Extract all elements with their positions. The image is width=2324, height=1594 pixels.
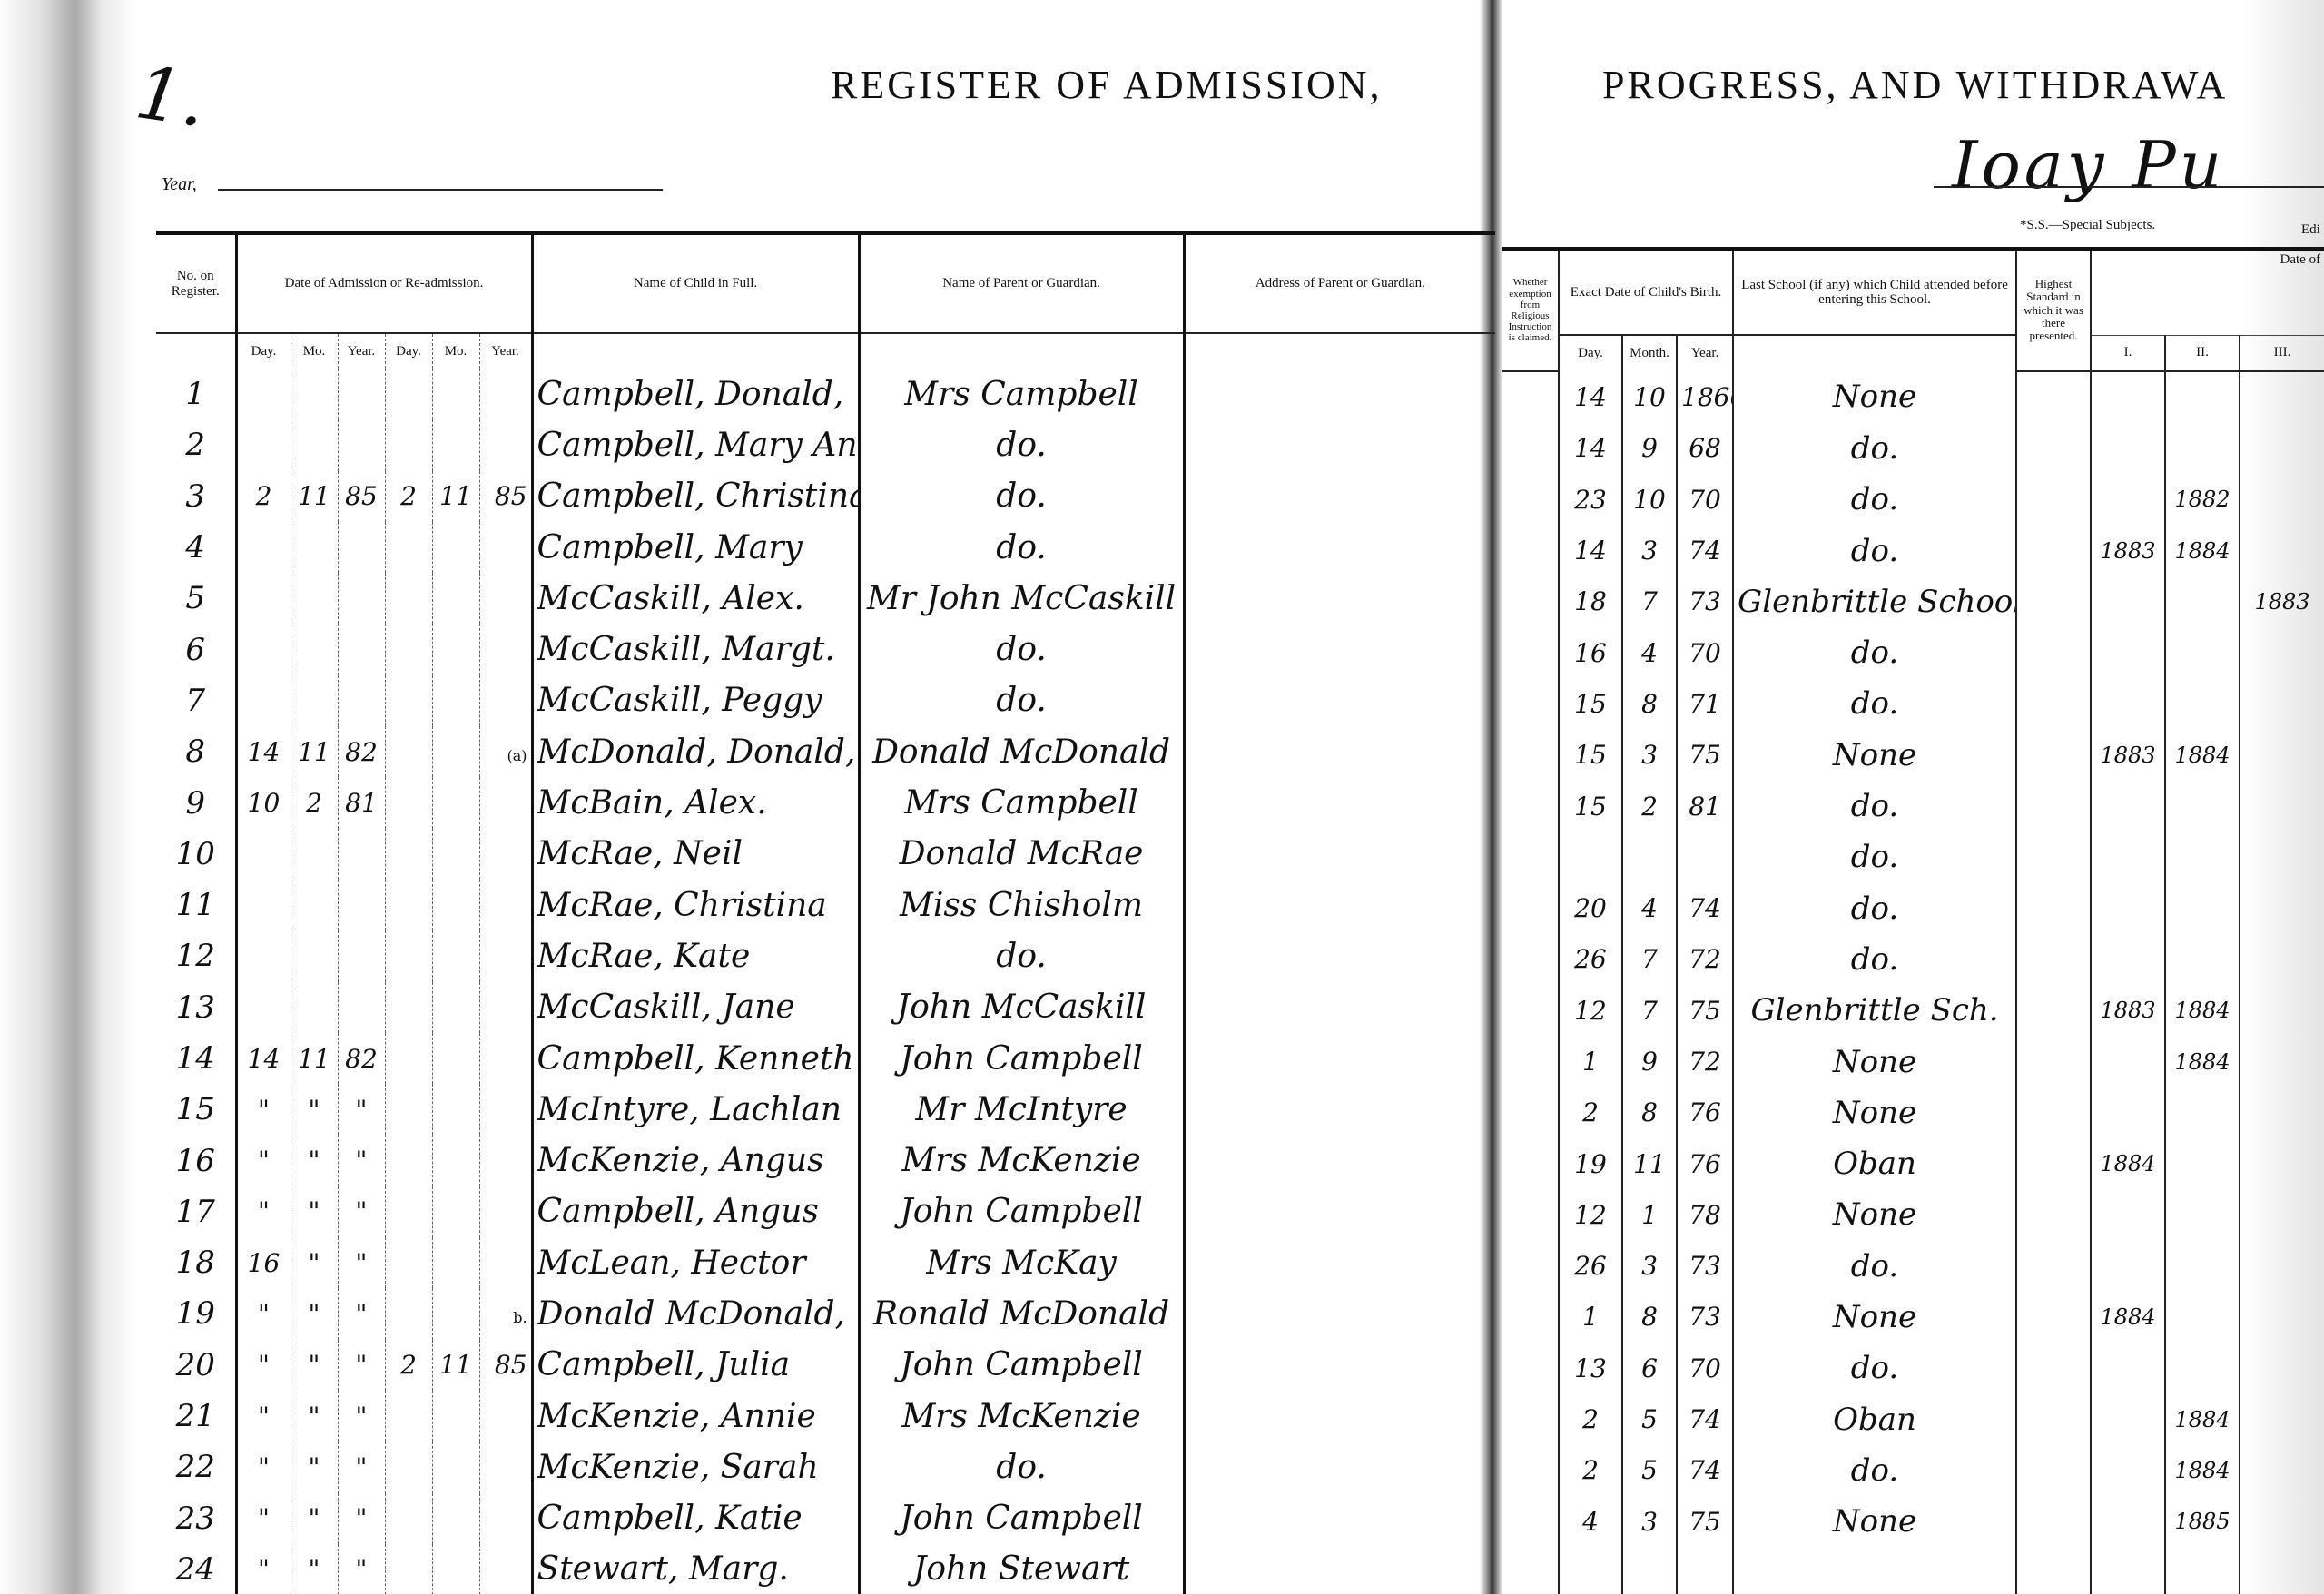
birth-month: 8 <box>1622 1087 1677 1138</box>
standard-ii-date: 1884 <box>2165 525 2240 576</box>
register-row: 20"""211 85Campbell, JuliaJohn Campbell <box>156 1340 1495 1391</box>
readmission-day <box>385 777 432 828</box>
admission-day <box>236 624 290 674</box>
exemption-cell <box>1502 1241 1559 1292</box>
highest-standard <box>2016 1393 2091 1444</box>
standard-iii-date <box>2240 934 2324 985</box>
standard-i-date <box>2091 934 2165 985</box>
register-number: 16 <box>156 1135 236 1186</box>
admission-year: " <box>338 1288 385 1339</box>
admission-day <box>236 930 290 981</box>
progress-row: 18773Glenbrittle School1883 <box>1502 576 2324 627</box>
admission-year: " <box>338 1186 385 1237</box>
header-readm-year: Year. <box>479 333 532 369</box>
register-number: 4 <box>156 522 236 573</box>
birth-day: 14 <box>1559 525 1622 576</box>
birth-year: 70 <box>1677 627 1733 678</box>
register-number: 24 <box>156 1544 236 1594</box>
parent-address <box>1184 624 1495 674</box>
admission-day: 16 <box>236 1237 290 1288</box>
readmission-day <box>385 930 432 981</box>
register-number: 22 <box>156 1441 236 1492</box>
parent-address <box>1184 1186 1495 1237</box>
admission-month: " <box>290 1186 338 1237</box>
register-number: 1 <box>156 369 236 419</box>
readmission-month <box>432 1391 479 1441</box>
register-number: 11 <box>156 880 236 930</box>
highest-standard <box>2016 371 2091 423</box>
admission-day <box>236 419 290 470</box>
register-row: 17""" Campbell, AngusJohn Campbell <box>156 1186 1495 1237</box>
child-name: Campbell, Mary Ann <box>532 419 859 470</box>
admission-year: " <box>338 1493 385 1544</box>
parent-name: Mrs McKay <box>859 1237 1184 1288</box>
register-row: 12 McRae, Katedo. <box>156 930 1495 981</box>
standard-ii-date <box>2165 423 2240 474</box>
admission-year <box>338 675 385 726</box>
admission-day: " <box>236 1186 290 1237</box>
standard-iii-date <box>2240 781 2324 831</box>
standard-iii-date <box>2240 1241 2324 1292</box>
header-address-of-parent: Address of Parent or Guardian. <box>1184 233 1495 333</box>
standard-i-date <box>2091 627 2165 678</box>
birth-year: 73 <box>1677 1241 1733 1292</box>
readmission-month <box>432 930 479 981</box>
standard-i-date <box>2091 1547 2165 1594</box>
admission-year <box>338 522 385 573</box>
readmission-day <box>385 419 432 470</box>
last-school: do. <box>1733 525 2016 576</box>
child-name: McCaskill, Margt. <box>532 624 859 674</box>
last-school: Glenbrittle Sch. <box>1733 985 2016 1036</box>
last-school: None <box>1733 1087 2016 1138</box>
exemption-cell <box>1502 831 1559 882</box>
register-number: 5 <box>156 573 236 624</box>
parent-name: do. <box>859 471 1184 522</box>
register-title-left: REGISTER OF ADMISSION, <box>831 62 1383 108</box>
progress-row: do. <box>1502 831 2324 882</box>
child-name: Campbell, Christina <box>532 471 859 522</box>
exemption-cell <box>1502 1445 1559 1496</box>
last-school: None <box>1733 1189 2016 1240</box>
admission-month <box>290 419 338 470</box>
admission-day: " <box>236 1493 290 1544</box>
admission-day: " <box>236 1340 290 1391</box>
register-number: 9 <box>156 777 236 828</box>
standard-i-date <box>2091 678 2165 729</box>
admission-day: " <box>236 1544 290 1594</box>
progress-row: 16470do. <box>1502 627 2324 678</box>
header-exact-birth: Exact Date of Child's Birth. <box>1559 249 1733 335</box>
standard-ii-date <box>2165 1292 2240 1343</box>
register-row: 6 McCaskill, Margt.do. <box>156 624 1495 674</box>
birth-year: 74 <box>1677 1393 1733 1444</box>
standard-ii-date <box>2165 1547 2240 1594</box>
progress-row: 14101866None <box>1502 371 2324 423</box>
standard-iii-date <box>2240 985 2324 1036</box>
standard-i-date <box>2091 1343 2165 1393</box>
birth-day: 2 <box>1559 1393 1622 1444</box>
highest-standard <box>2016 1241 2091 1292</box>
birth-month: 5 <box>1622 1445 1677 1496</box>
admission-month: " <box>290 1084 338 1135</box>
progress-row: 12178None <box>1502 1189 2324 1240</box>
header-standard-i: I. <box>2091 335 2165 371</box>
exemption-cell <box>1502 423 1559 474</box>
highest-standard <box>2016 423 2091 474</box>
register-row: 21""" McKenzie, AnnieMrs McKenzie <box>156 1391 1495 1441</box>
register-row: 11 McRae, ChristinaMiss Chisholm <box>156 880 1495 930</box>
readmission-day <box>385 1033 432 1084</box>
birth-year: 73 <box>1677 576 1733 627</box>
birth-year: 72 <box>1677 1036 1733 1087</box>
standard-ii-date <box>2165 371 2240 423</box>
standard-iii-date <box>2240 525 2324 576</box>
standard-ii-date: 1884 <box>2165 730 2240 781</box>
header-adm-month: Mo. <box>290 333 338 369</box>
standard-i-date <box>2091 882 2165 933</box>
highest-standard <box>2016 474 2091 525</box>
birth-day: 19 <box>1559 1138 1622 1189</box>
parent-address <box>1184 880 1495 930</box>
admission-month: " <box>290 1441 338 1492</box>
school-name: Ioay Pu <box>1952 127 2225 203</box>
header-adm-day: Day. <box>236 333 290 369</box>
birth-year: 70 <box>1677 474 1733 525</box>
birth-year: 75 <box>1677 730 1733 781</box>
admission-day <box>236 573 290 624</box>
birth-day: 18 <box>1559 576 1622 627</box>
birth-day: 2 <box>1559 1445 1622 1496</box>
highest-standard <box>2016 1036 2091 1087</box>
birth-month <box>1622 1547 1677 1594</box>
readmission-day <box>385 1135 432 1186</box>
exemption-cell <box>1502 1087 1559 1138</box>
standard-ii-date: 1884 <box>2165 1445 2240 1496</box>
admission-month <box>290 624 338 674</box>
standard-iii-date <box>2240 1496 2324 1547</box>
register-row: 14141182 Campbell, KennethJohn Campbell <box>156 1033 1495 1084</box>
progress-row <box>1502 1547 2324 1594</box>
progress-row: 12775Glenbrittle Sch.18831884 <box>1502 985 2324 1036</box>
admission-year: 82 <box>338 1033 385 1084</box>
book-spine-left <box>0 0 136 1594</box>
readmission-month <box>432 573 479 624</box>
register-row: 7 McCaskill, Peggydo. <box>156 675 1495 726</box>
parent-name: John McCaskill <box>859 982 1184 1033</box>
standard-iii-date <box>2240 1547 2324 1594</box>
birth-day: 26 <box>1559 934 1622 985</box>
admission-month <box>290 573 338 624</box>
admission-year <box>338 829 385 880</box>
admission-month: " <box>290 1340 338 1391</box>
admission-month: " <box>290 1493 338 1544</box>
readmission-day <box>385 1288 432 1339</box>
admission-month: 11 <box>290 1033 338 1084</box>
standard-iii-date <box>2240 1343 2324 1393</box>
birth-day: 1 <box>1559 1292 1622 1343</box>
highest-standard <box>2016 1343 2091 1393</box>
birth-year: 78 <box>1677 1189 1733 1240</box>
highest-standard <box>2016 1292 2091 1343</box>
highest-standard <box>2016 882 2091 933</box>
standard-ii-date <box>2165 576 2240 627</box>
header-highest-standard: Highest Standard in which it was there p… <box>2016 249 2091 371</box>
register-number: 8 <box>156 726 236 777</box>
admission-year: 82 <box>338 726 385 777</box>
standard-iii-date <box>2240 1445 2324 1496</box>
register-row: 19"""b. Donald McDonald,Ronald McDonald <box>156 1288 1495 1339</box>
last-school: do. <box>1733 678 2016 729</box>
progress-row: 191176Oban1884 <box>1502 1138 2324 1189</box>
register-row: 321185211 85Campbell, Christinado. <box>156 471 1495 522</box>
register-row: 22""" McKenzie, Sarahdo. <box>156 1441 1495 1492</box>
parent-name: do. <box>859 1441 1184 1492</box>
standard-ii-date: 1884 <box>2165 1393 2240 1444</box>
child-name: Campbell, Kenneth <box>532 1033 859 1084</box>
highest-standard <box>2016 1547 2091 1594</box>
standard-i-date <box>2091 1496 2165 1547</box>
parent-address <box>1184 829 1495 880</box>
parent-address <box>1184 1493 1495 1544</box>
parent-name: do. <box>859 675 1184 726</box>
child-name: McCaskill, Jane <box>532 982 859 1033</box>
admission-day: " <box>236 1084 290 1135</box>
birth-day: 1 <box>1559 1036 1622 1087</box>
exemption-cell <box>1502 1036 1559 1087</box>
readmission-month <box>432 982 479 1033</box>
child-name: McBain, Alex. <box>532 777 859 828</box>
standard-iii-date <box>2240 1087 2324 1138</box>
parent-name: Ronald McDonald <box>859 1288 1184 1339</box>
header-standard-ii: II. <box>2165 335 2240 371</box>
header-adm-year: Year. <box>338 333 385 369</box>
progress-row: 26772do. <box>1502 934 2324 985</box>
readmission-month <box>432 624 479 674</box>
parent-address <box>1184 777 1495 828</box>
progress-table: Whether exemption from Religious Instruc… <box>1502 247 2324 1594</box>
progress-row: 15375None18831884 <box>1502 730 2324 781</box>
standard-i-date <box>2091 1445 2165 1496</box>
readmission-day <box>385 1237 432 1288</box>
register-number: 2 <box>156 419 236 470</box>
birth-year: 74 <box>1677 525 1733 576</box>
special-subjects-note: *S.S.—Special Subjects. <box>2020 218 2155 233</box>
parent-address <box>1184 1135 1495 1186</box>
parent-name: Miss Chisholm <box>859 880 1184 930</box>
birth-day: 15 <box>1559 781 1622 831</box>
register-number: 12 <box>156 930 236 981</box>
standard-iii-date <box>2240 423 2324 474</box>
standard-iii-date <box>2240 1393 2324 1444</box>
standard-ii-date <box>2165 781 2240 831</box>
parent-address <box>1184 675 1495 726</box>
readmission-month <box>432 1186 479 1237</box>
parent-name: John Campbell <box>859 1033 1184 1084</box>
readmission-day <box>385 1084 432 1135</box>
standard-iii-date <box>2240 1189 2324 1240</box>
standard-i-date: 1883 <box>2091 730 2165 781</box>
progress-row: 1873None1884 <box>1502 1292 2324 1343</box>
exemption-cell <box>1502 678 1559 729</box>
year-line <box>218 189 663 191</box>
last-school: Oban <box>1733 1138 2016 1189</box>
register-row: 1 Campbell, Donald,Mrs Campbell <box>156 369 1495 419</box>
exemption-cell <box>1502 934 1559 985</box>
birth-year: 70 <box>1677 1343 1733 1393</box>
parent-name: Donald McDonald <box>859 726 1184 777</box>
standard-ii-date <box>2165 1241 2240 1292</box>
parent-address <box>1184 1237 1495 1288</box>
birth-month: 2 <box>1622 781 1677 831</box>
standard-i-date <box>2091 1087 2165 1138</box>
exemption-cell <box>1502 730 1559 781</box>
progress-row: 231070do.1882 <box>1502 474 2324 525</box>
admission-month <box>290 982 338 1033</box>
birth-month: 3 <box>1622 1496 1677 1547</box>
standard-i-date <box>2091 576 2165 627</box>
readmission-month <box>432 1237 479 1288</box>
readmission-day <box>385 1493 432 1544</box>
readmission-day <box>385 1544 432 1594</box>
admission-year <box>338 624 385 674</box>
last-school: do. <box>1733 882 2016 933</box>
child-name: Campbell, Julia <box>532 1340 859 1391</box>
readmission-month: 11 <box>432 1340 479 1391</box>
register-row: 16""" McKenzie, AngusMrs McKenzie <box>156 1135 1495 1186</box>
register-title-right: PROGRESS, AND WITHDRAWA <box>1602 62 2228 108</box>
header-name-of-child: Name of Child in Full. <box>532 233 859 333</box>
birth-day: 15 <box>1559 678 1622 729</box>
readmission-day <box>385 982 432 1033</box>
standard-iii-date <box>2240 882 2324 933</box>
parent-name: Mrs McKenzie <box>859 1135 1184 1186</box>
admission-table: No. on Register. Date of Admission or Re… <box>156 231 1495 1594</box>
readmission-day: 2 <box>385 1340 432 1391</box>
last-school: do. <box>1733 1241 2016 1292</box>
birth-month: 3 <box>1622 525 1677 576</box>
admission-day: 14 <box>236 1033 290 1084</box>
birth-day: 13 <box>1559 1343 1622 1393</box>
birth-day: 16 <box>1559 627 1622 678</box>
register-number: 3 <box>156 471 236 522</box>
register-row: 15""" McIntyre, LachlanMr McIntyre <box>156 1084 1495 1135</box>
header-standard-iii: III. <box>2240 335 2324 371</box>
readmission-day <box>385 369 432 419</box>
birth-year: 74 <box>1677 882 1733 933</box>
birth-month: 4 <box>1622 627 1677 678</box>
header-name-of-parent: Name of Parent or Guardian. <box>859 233 1184 333</box>
last-school: do. <box>1733 1343 2016 1393</box>
birth-year <box>1677 831 1733 882</box>
highest-standard <box>2016 985 2091 1036</box>
readmission-month <box>432 1441 479 1492</box>
parent-address <box>1184 1441 1495 1492</box>
standard-ii-date: 1884 <box>2165 1036 2240 1087</box>
birth-day: 23 <box>1559 474 1622 525</box>
exemption-cell <box>1502 371 1559 423</box>
last-school: None <box>1733 1036 2016 1087</box>
birth-year: 1866 <box>1677 371 1733 423</box>
readmission-day <box>385 1186 432 1237</box>
admission-day <box>236 369 290 419</box>
parent-address <box>1184 726 1495 777</box>
standard-iii-date: 1883 <box>2240 576 2324 627</box>
register-number: 14 <box>156 1033 236 1084</box>
readmission-day <box>385 880 432 930</box>
standard-ii-date <box>2165 1189 2240 1240</box>
highest-standard <box>2016 525 2091 576</box>
birth-year: 81 <box>1677 781 1733 831</box>
register-row: 1816"" McLean, HectorMrs McKay <box>156 1237 1495 1288</box>
register-row: 10 McRae, NeilDonald McRae <box>156 829 1495 880</box>
standard-ii-date <box>2165 1343 2240 1393</box>
last-school: None <box>1733 1496 2016 1547</box>
standard-iii-date <box>2240 371 2324 423</box>
highest-standard <box>2016 1087 2091 1138</box>
parent-address <box>1184 1033 1495 1084</box>
register-row: 4 Campbell, Marydo. <box>156 522 1495 573</box>
header-birth-day: Day. <box>1559 335 1622 371</box>
entry-marker: b. <box>513 1309 527 1326</box>
readmission-month <box>432 419 479 470</box>
child-name: McRae, Kate <box>532 930 859 981</box>
parent-address <box>1184 1084 1495 1135</box>
birth-day: 26 <box>1559 1241 1622 1292</box>
readmission-month <box>432 675 479 726</box>
birth-day: 14 <box>1559 423 1622 474</box>
parent-name: do. <box>859 522 1184 573</box>
birth-year: 73 <box>1677 1292 1733 1343</box>
standard-ii-date <box>2165 882 2240 933</box>
parent-address <box>1184 573 1495 624</box>
header-date-of: Date of <box>2091 249 2324 335</box>
admission-year: " <box>338 1135 385 1186</box>
admission-month <box>290 522 338 573</box>
child-name: McKenzie, Sarah <box>532 1441 859 1492</box>
birth-month: 6 <box>1622 1343 1677 1393</box>
register-number: 21 <box>156 1391 236 1441</box>
standard-i-date <box>2091 781 2165 831</box>
child-name: McLean, Hector <box>532 1237 859 1288</box>
admission-month <box>290 880 338 930</box>
birth-month: 9 <box>1622 1036 1677 1087</box>
standard-iii-date <box>2240 474 2324 525</box>
child-name: Campbell, Angus <box>532 1186 859 1237</box>
exemption-cell <box>1502 1343 1559 1393</box>
admission-month <box>290 675 338 726</box>
standard-i-date <box>2091 1189 2165 1240</box>
exemption-cell <box>1502 474 1559 525</box>
birth-month: 10 <box>1622 371 1677 423</box>
admission-month <box>290 930 338 981</box>
birth-year: 75 <box>1677 1496 1733 1547</box>
readmission-day <box>385 726 432 777</box>
birth-year: 68 <box>1677 423 1733 474</box>
readmission-day <box>385 522 432 573</box>
child-name: McRae, Neil <box>532 829 859 880</box>
header-birth-year: Year. <box>1677 335 1733 371</box>
register-number: 13 <box>156 982 236 1033</box>
birth-day: 14 <box>1559 371 1622 423</box>
readmission-day <box>385 675 432 726</box>
admission-day <box>236 675 290 726</box>
progress-row: 2876None <box>1502 1087 2324 1138</box>
progress-row: 14968do. <box>1502 423 2324 474</box>
child-name: Donald McDonald, <box>532 1288 859 1339</box>
admission-year: " <box>338 1340 385 1391</box>
birth-month: 8 <box>1622 678 1677 729</box>
